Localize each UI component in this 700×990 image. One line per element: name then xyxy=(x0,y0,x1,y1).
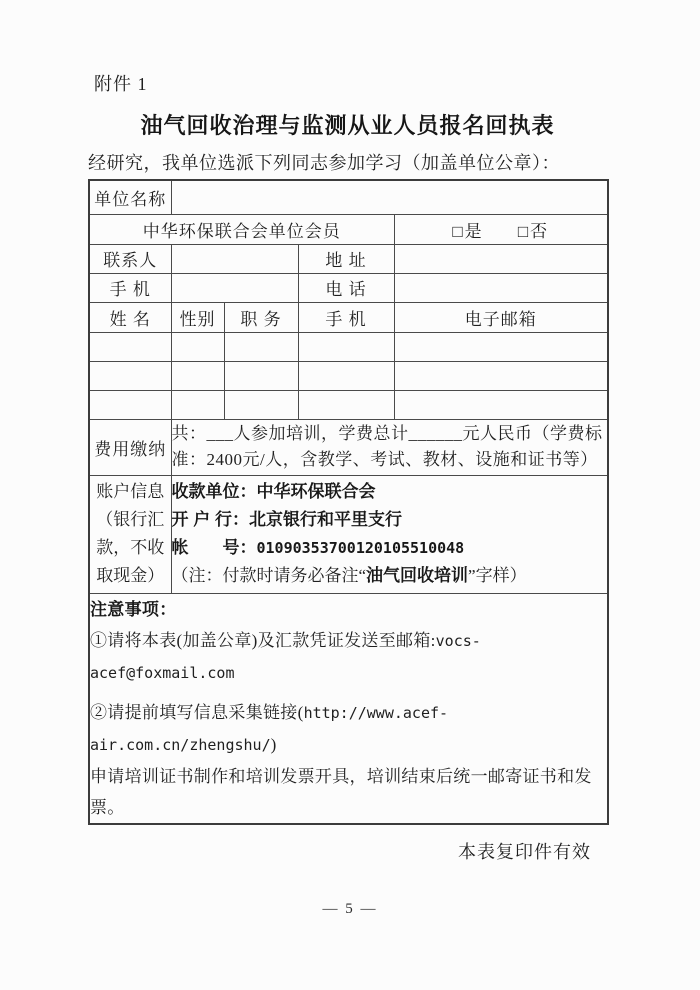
account-label: 账户信息 （银行汇 款，不收 取现金） xyxy=(89,475,171,593)
attendee-email-cell xyxy=(394,361,608,390)
payee-line: 收款单位：中华环保联合会 xyxy=(172,478,608,506)
notes-heading: 注意事项： xyxy=(90,594,607,625)
attendee-email-cell xyxy=(394,390,608,419)
account-number-value: 01090353700120105510048 xyxy=(257,539,465,557)
address-label: 地 址 xyxy=(298,244,394,273)
col-header-name: 姓 名 xyxy=(89,302,171,332)
account-label-line: 取现金） xyxy=(90,562,171,590)
membership-row: 中华环保联合会单位会员 □是 □否 xyxy=(89,214,608,244)
note-item-2-line1: ②请提前填写信息采集链接(http://www.acef-air.com.cn/… xyxy=(90,697,607,761)
account-number-label: 帐 号： xyxy=(172,538,257,557)
attendee-header-row: 姓 名 性别 职 务 手 机 电子邮箱 xyxy=(89,302,608,332)
phone-label: 电 话 xyxy=(298,273,394,302)
fee-label: 费用缴纳 xyxy=(89,419,171,475)
notes-cell: 注意事项： ①请将本表(加盖公章)及汇款凭证发送至邮箱:vocs-acef@fo… xyxy=(89,593,608,824)
attendee-email-cell xyxy=(394,332,608,361)
attendee-title-cell xyxy=(224,390,298,419)
mobile-value-cell xyxy=(171,273,298,302)
account-number-line: 帐 号：01090353700120105510048 xyxy=(172,534,608,562)
bank-line: 开 户 行：北京银行和平里支行 xyxy=(172,506,608,534)
attendee-row xyxy=(89,361,608,390)
mobile-label: 手 机 xyxy=(89,273,171,302)
fee-text-line2: 准：2400元/人，含教学、考试、教材、设施和证书等） xyxy=(172,447,608,473)
attendee-gender-cell xyxy=(171,390,224,419)
note-item-1: ①请将本表(加盖公章)及汇款凭证发送至邮箱:vocs-acef@foxmail.… xyxy=(90,625,607,689)
attendee-gender-cell xyxy=(171,332,224,361)
attendee-mobile-cell xyxy=(298,361,394,390)
fee-text-line1: 共：___人参加培训，学费总计______元人民币（学费标 xyxy=(172,421,608,447)
payment-note-keyword: 油气回收培训 xyxy=(366,566,468,585)
form-title: 油气回收治理与监测从业人员报名回执表 xyxy=(88,109,607,140)
note2-close: ) xyxy=(271,735,277,754)
attendee-name-cell xyxy=(89,390,171,419)
attachment-label: 附件 1 xyxy=(94,70,607,96)
member-yes-checkbox: □是 xyxy=(452,222,483,241)
unit-name-label: 单位名称 xyxy=(89,180,171,214)
address-value-cell xyxy=(394,244,608,273)
attendee-name-cell xyxy=(89,332,171,361)
fee-detail-cell: 共：___人参加培训，学费总计______元人民币（学费标 准：2400元/人，… xyxy=(171,419,608,475)
attendee-name-cell xyxy=(89,361,171,390)
account-label-line: （银行汇 xyxy=(90,506,171,534)
note2-text: ②请提前填写信息采集链接( xyxy=(90,703,304,722)
member-no-checkbox: □否 xyxy=(518,222,549,241)
note-item-2-line2: 申请培训证书制作和培训发票开具，培训结束后统一邮寄证书和发票。 xyxy=(90,761,607,823)
attendee-row xyxy=(89,332,608,361)
payment-note-suffix: ”字样） xyxy=(468,566,527,585)
scanned-form-page: 附件 1 油气回收治理与监测从业人员报名回执表 经研究，我单位选派下列同志参加学… xyxy=(0,0,700,990)
col-header-title: 职 务 xyxy=(224,302,298,332)
col-header-mobile: 手 机 xyxy=(298,302,394,332)
intro-line: 经研究，我单位选派下列同志参加学习（加盖单位公章）： xyxy=(88,149,607,175)
attendee-gender-cell xyxy=(171,361,224,390)
contact-label: 联系人 xyxy=(89,244,171,273)
attendee-mobile-cell xyxy=(298,390,394,419)
unit-name-row: 单位名称 xyxy=(89,180,608,214)
fee-row: 费用缴纳 共：___人参加培训，学费总计______元人民币（学费标 准：240… xyxy=(89,419,608,475)
payment-note-prefix: （注：付款时请务必备注“ xyxy=(172,566,367,585)
attendee-row xyxy=(89,390,608,419)
phone-value-cell xyxy=(394,273,608,302)
notes-row: 注意事项： ①请将本表(加盖公章)及汇款凭证发送至邮箱:vocs-acef@fo… xyxy=(89,593,608,824)
membership-question-label: 中华环保联合会单位会员 xyxy=(89,214,394,244)
mobile-phone-row: 手 机 电 话 xyxy=(89,273,608,302)
attendee-title-cell xyxy=(224,332,298,361)
account-detail-cell: 收款单位：中华环保联合会 开 户 行：北京银行和平里支行 帐 号：0109035… xyxy=(171,475,608,593)
attendee-mobile-cell xyxy=(298,332,394,361)
account-row: 账户信息 （银行汇 款，不收 取现金） 收款单位：中华环保联合会 开 户 行：北… xyxy=(89,475,608,593)
account-label-line: 账户信息 xyxy=(90,478,171,506)
attendee-title-cell xyxy=(224,361,298,390)
contact-row: 联系人 地 址 xyxy=(89,244,608,273)
page-number: — 5 — xyxy=(0,901,700,918)
registration-table: 单位名称 中华环保联合会单位会员 □是 □否 联系人 地 址 手 机 电 话 姓… xyxy=(88,179,609,825)
membership-choice-cell: □是 □否 xyxy=(394,214,608,244)
account-label-line: 款，不收 xyxy=(90,534,171,562)
col-header-gender: 性别 xyxy=(171,302,224,332)
copy-valid-note: 本表复印件有效 xyxy=(88,838,607,864)
payment-note-line: （注：付款时请务必备注“油气回收培训”字样） xyxy=(172,562,608,590)
unit-name-value-cell xyxy=(171,180,608,214)
contact-value-cell xyxy=(171,244,298,273)
col-header-email: 电子邮箱 xyxy=(394,302,608,332)
note1-text: ①请将本表(加盖公章)及汇款凭证发送至邮箱: xyxy=(90,631,436,650)
